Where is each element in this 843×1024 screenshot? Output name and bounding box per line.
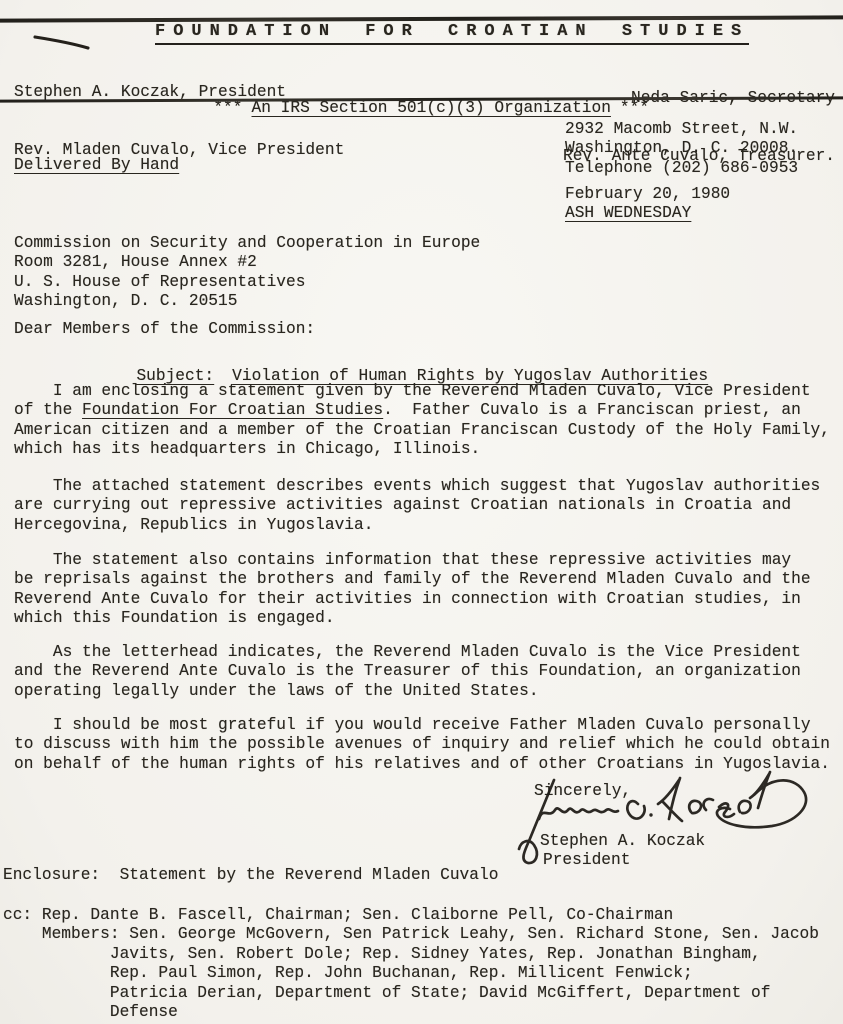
salutation: Dear Members of the Commission: — [14, 320, 315, 339]
paragraph-4: As the letterhead indicates, the Reveren… — [14, 643, 801, 701]
paragraph-3: The statement also contains information … — [14, 551, 811, 629]
enclosure-note: Enclosure: Statement by the Reverend Mla… — [3, 866, 498, 885]
paragraph-1-underlined: Foundation For Croatian Studies — [82, 401, 383, 419]
paragraph-1: I am enclosing a statement given by the … — [14, 382, 830, 460]
document-page: { "letterhead": { "title": "FOUNDATION F… — [0, 0, 843, 1024]
irs-text: An IRS Section 501(c)(3) Organization — [252, 99, 611, 117]
letterhead-title: FOUNDATION FOR CROATIAN STUDIES — [155, 22, 749, 45]
delivery-note: Delivered By Hand — [14, 156, 179, 175]
irs-stars-left: *** — [213, 99, 242, 117]
letter-date: February 20, 1980 — [565, 185, 730, 204]
signature-scribble — [485, 763, 843, 878]
irs-stars-right: *** — [620, 99, 649, 117]
recipient-address: Commission on Security and Cooperation i… — [14, 234, 480, 312]
paragraph-2: The attached statement describes events … — [14, 477, 820, 535]
cc-block: cc: Rep. Dante B. Fascell, Chairman; Sen… — [3, 906, 819, 1022]
date-note: ASH WEDNESDAY — [565, 204, 691, 223]
letterhead-title-wrap: FOUNDATION FOR CROATIAN STUDIES — [155, 22, 749, 41]
subject-line: Subject:Violation of Human Rights by Yug… — [117, 348, 708, 387]
sender-address: 2932 Macomb Street, N.W. Washington, D. … — [565, 120, 798, 178]
